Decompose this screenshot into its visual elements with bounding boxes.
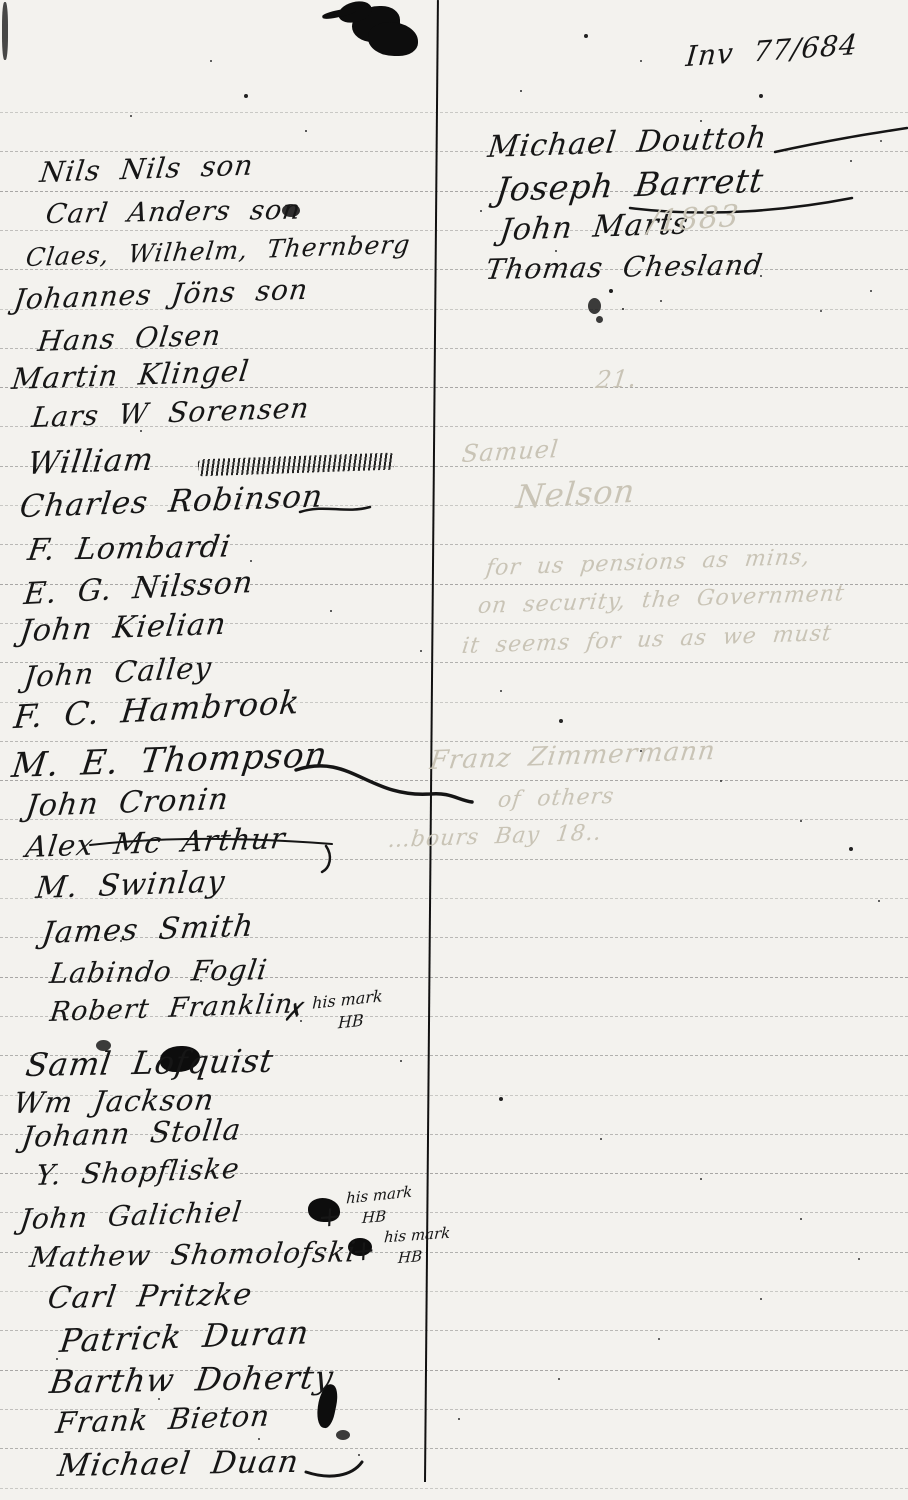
ink-speck-cluster [588, 298, 601, 314]
signature: Mathew Shomolofski [28, 1235, 359, 1274]
signature: Michael Duan [55, 1444, 301, 1484]
signature: Thomas Chesland [484, 248, 766, 286]
signature: John Cronin [24, 782, 231, 824]
signature: Carl Pritzke [46, 1277, 255, 1316]
signature: William [26, 442, 156, 483]
signature: Martin Klingel [10, 354, 252, 396]
ghost-line: it seems for us as we must [460, 621, 833, 659]
edge-mark [2, 2, 8, 60]
signature: Hans Olsen [36, 319, 223, 359]
signature: Johann Stolla [20, 1112, 244, 1154]
signature: Carl Anders son [44, 195, 303, 231]
signature: Claes, Wilhelm, Thernberg [24, 230, 412, 273]
ruled-line [0, 112, 908, 113]
scribbled-out-surname [198, 453, 394, 477]
signature: John Kielian [18, 607, 229, 649]
signature: Robert Franklin [48, 988, 295, 1028]
ghost-line: Nelson [514, 472, 637, 517]
his-mark-initials: HB [338, 1011, 364, 1033]
ghost-line: …bours Bay 18.. [386, 820, 603, 853]
ghost-line: 21. [594, 364, 639, 394]
his-mark-label: his mark [312, 986, 383, 1013]
his-mark-label: his mark [383, 1224, 450, 1247]
signature: Patrick Duran [58, 1313, 312, 1360]
ghost-line: on security, the Government [476, 581, 846, 619]
signature: F. Lombardi [26, 529, 234, 568]
signature: Johannes Jöns son [12, 273, 310, 316]
his-mark-cross: + [351, 1233, 376, 1268]
ruled-line [0, 230, 908, 231]
signature: James Smith [40, 909, 256, 952]
his-mark-initials: HB [398, 1247, 423, 1267]
his-mark-initials: HB [362, 1207, 387, 1227]
signature: Charles Robinson [18, 478, 326, 525]
ghost-line: Franz Zimmermann [428, 736, 717, 776]
his-mark-cross: + [317, 1199, 342, 1234]
signature: Nils Nils son [38, 148, 256, 189]
ghost-line: Samuel [461, 435, 561, 468]
ghost-line: /1883 [646, 198, 740, 240]
archive-number: Inv 77/684 [685, 28, 860, 73]
his-mark-cross: ✗ [282, 997, 304, 1027]
signature: Michael Douttoh [486, 120, 769, 165]
signature: E. G. Nilsson [22, 565, 255, 612]
signature: Y. Shopfliske [34, 1152, 242, 1192]
signature: M. Swinlay [34, 864, 228, 906]
ghost-line: for us pensions as mins, [484, 545, 811, 581]
signature: Frank Bieton [54, 1398, 272, 1440]
scanned-petition-page: Inv 77/684 Michael Douttoh Joseph Barret… [0, 0, 908, 1500]
signature: John Calley [22, 650, 214, 694]
signature: Barthw Doherty [47, 1358, 336, 1401]
signature: Lars W Sorensen [30, 391, 312, 434]
signature-struck-through: Alex Mc Arthur [24, 821, 288, 864]
ruled-line [0, 1488, 908, 1489]
signature: Saml Lofquist [23, 1042, 276, 1084]
signature: John Galichiel [18, 1195, 244, 1236]
ghost-line: of others [496, 784, 615, 813]
his-mark-label: his mark [346, 1182, 413, 1207]
ruled-line [0, 269, 908, 270]
ink-speck-cluster [596, 316, 603, 323]
signature: M. E. Thompson [10, 735, 330, 786]
signature: Labindo Fogli [48, 953, 270, 990]
ink-blob [368, 22, 418, 56]
ink-blot [336, 1430, 350, 1440]
ruled-line [0, 191, 908, 192]
